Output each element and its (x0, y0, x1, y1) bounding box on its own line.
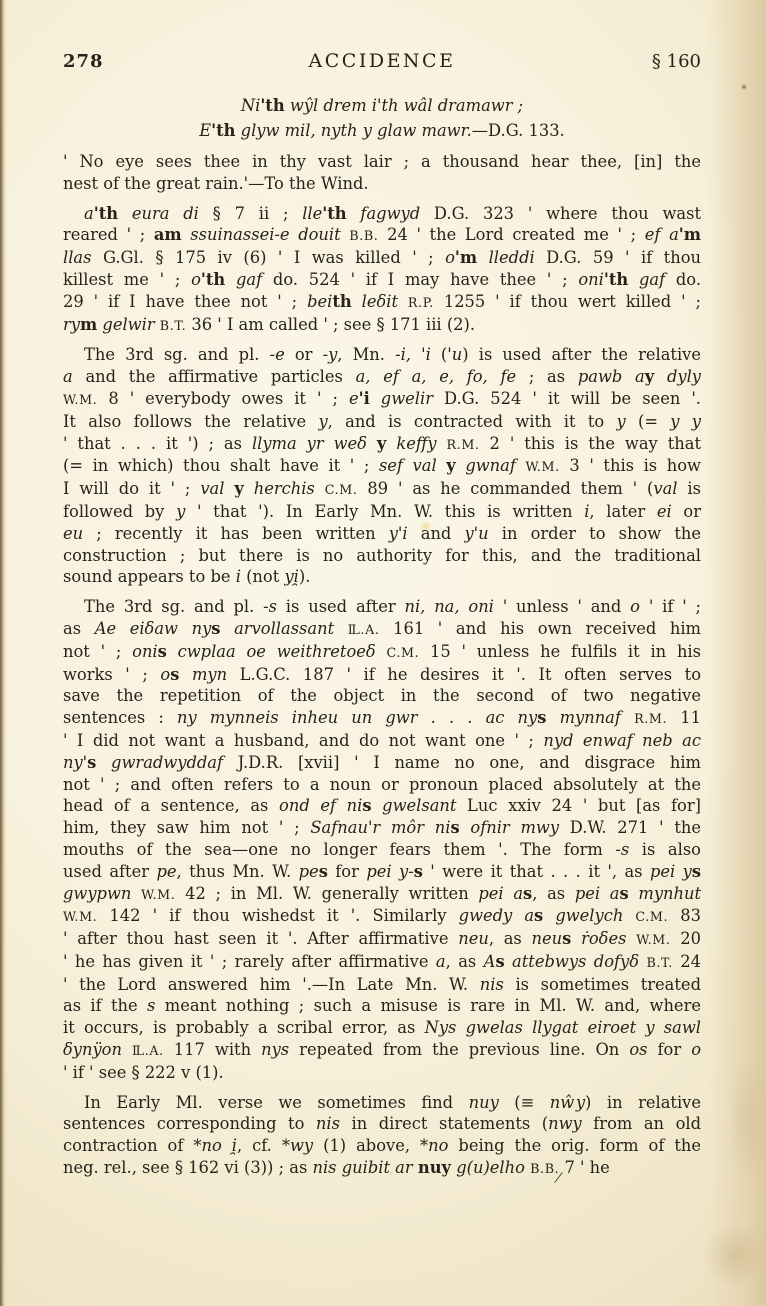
text-run: It also follows the relative (63, 412, 318, 431)
text-run: § 7 ii ; (199, 204, 302, 223)
text-run: 42 ; in Ml. W. generally written (175, 884, 478, 903)
text-run: y'i (389, 524, 408, 543)
text-run: killest me ' ; (63, 270, 191, 289)
text-line: him, they saw him not ' ; Safnau'r môr n… (63, 817, 701, 839)
text-run: y (377, 434, 386, 453)
text-run: is also (629, 840, 701, 859)
page-left-edge (0, 0, 7, 1306)
text-run: do. (665, 270, 701, 289)
paragraph-4: In Early Ml. verse we sometimes find nuy… (63, 1092, 701, 1180)
text-line: rym gelwir B.T. 36 ' I am called ' ; see… (63, 314, 701, 337)
text-run (456, 456, 466, 475)
text-run: W.M. (636, 932, 670, 947)
text-run: as if the (63, 996, 147, 1015)
text-run: and the affirmative particles (73, 367, 356, 386)
verse: Ni'th wŷl drem i'th wâl dramawr ;E'th gl… (63, 94, 701, 143)
text-run: ( (431, 345, 448, 364)
text-run: pei a (575, 884, 620, 903)
text-run: no i̯ (202, 1136, 237, 1155)
text-run: s (534, 906, 543, 925)
text-run: B.T. (646, 955, 672, 970)
text-run: R.M. (634, 711, 667, 726)
text-run: (1) above, * (313, 1136, 428, 1155)
text-run: 3 ' this is how (560, 456, 701, 475)
text-run: gwelych (555, 906, 623, 925)
text-line: head of a sentence, as ond ef nis gwelsa… (63, 795, 701, 817)
text-run: ' that . . . it ') ; as (63, 434, 252, 453)
text-run (341, 225, 350, 244)
text-run: for (328, 862, 366, 881)
text-run: arvollassant (234, 619, 334, 638)
text-run: (= in which) thou shalt have it ' ; (63, 456, 379, 475)
text-run: 142 ' if thou wishedst it '. Similarly (97, 906, 458, 925)
text-run: s (362, 796, 371, 815)
text-line: followed by y ' that '). In Early Mn. W.… (63, 501, 701, 523)
text-run: neu (458, 929, 489, 948)
text-run: used after (63, 862, 156, 881)
text-run: , cf. * (237, 1136, 290, 1155)
text-line: I will do it ' ; val y herchis C.M. 89 '… (63, 478, 701, 501)
text-line: it occurs, is probably a scribal error, … (63, 1017, 701, 1039)
text-run: as (63, 619, 95, 638)
text-run: 20 (671, 929, 701, 948)
text-run (626, 929, 636, 948)
text-run: gwelsant (382, 796, 456, 815)
text-run: J.D.R. [xvii] ' I name no one, and disgr… (223, 753, 701, 772)
text-run: s (692, 862, 701, 881)
running-title: ACCIDENCE (223, 50, 542, 72)
text-run: myn (192, 665, 227, 684)
text-run (96, 753, 111, 772)
text-run: a (63, 367, 73, 386)
text-run: sentences : (63, 708, 177, 727)
text-line: eu ; recently it has been written y'i an… (63, 523, 701, 545)
text-line: sentences corresponding to nis in direct… (63, 1113, 701, 1135)
text-run: 'th (201, 270, 225, 289)
text-run: The 3rd sg. and pl. (84, 597, 263, 616)
text-run (376, 642, 387, 661)
text-run: -i, 'i (395, 345, 431, 364)
text-run: ny' (63, 753, 87, 772)
text-run: a (84, 204, 94, 223)
text-run: (= (626, 412, 671, 431)
text-run: ṙoδes (581, 929, 626, 948)
text-run: ei (657, 502, 672, 521)
text-run: construction ; but there is no authority… (63, 546, 701, 565)
text-run: R.M. (447, 437, 480, 452)
text-line: ' if ' see § 222 v (1). (63, 1062, 701, 1084)
translation: ' No eye sees thee in thy vast lair ; a … (63, 151, 701, 195)
text-run: D.W. 271 ' the (559, 818, 701, 837)
text-run: W.M. (525, 459, 559, 474)
text-run: bei (307, 292, 332, 311)
text-run: gwedy a (459, 906, 534, 925)
text-run: s (562, 929, 571, 948)
text-run: , as (489, 929, 532, 948)
text-line: ' the Lord answered him '.—In Late Mn. W… (63, 974, 701, 996)
text-run: llas (63, 248, 91, 267)
text-run: not ' ; (63, 642, 132, 661)
text-run: and (408, 524, 465, 543)
text-run: ; as (516, 367, 578, 386)
text-run: W.M. (63, 392, 97, 407)
text-run: o (191, 270, 201, 289)
text-run: nwy (548, 1114, 582, 1133)
text-run: in direct statements ( (340, 1114, 548, 1133)
text-run (543, 906, 555, 925)
text-run: ef a (645, 225, 679, 244)
text-run: keffy (396, 434, 436, 453)
text-line: neg. rel., see § 162 vi (3)) ; as nis gu… (63, 1157, 701, 1180)
text-run: , Mn. (337, 345, 395, 364)
text-run: 15 ' unless he fulfils it in his (419, 642, 701, 661)
text-run: nuy (469, 1093, 499, 1112)
text-run: s (170, 665, 179, 684)
text-run: am (154, 225, 182, 244)
text-run: Safnau'r môr ni (310, 818, 450, 837)
text-run: R.P. (408, 295, 434, 310)
text-run: nys (261, 1040, 289, 1059)
text-line: llas G.Gl. § 175 iv (6) ' I was killed '… (63, 247, 701, 269)
text-run: nŵy (550, 1093, 585, 1112)
text-run: is (678, 479, 701, 498)
text-run: y (645, 367, 654, 386)
text-run: gaf (236, 270, 262, 289)
text-run: gwnaf (465, 456, 516, 475)
text-line: sentences : ny mynneis inheu un gwr . . … (63, 707, 701, 730)
text-run: 'th (211, 121, 235, 140)
text-run: , and is contracted with it to (328, 412, 617, 431)
text-run: E (199, 121, 211, 140)
text-run: herchis (254, 479, 315, 498)
text-run: it occurs, is probably a scribal error, … (63, 1018, 425, 1037)
text-run: m (80, 315, 97, 334)
text-run (244, 479, 254, 498)
text-line: used after pe, thus Mn. W. pes for pei y… (63, 861, 701, 883)
text-run (628, 270, 639, 289)
text-run: attebwys dofyδ (512, 952, 639, 971)
text-run: him, they saw him not ' ; (63, 818, 310, 837)
text-line: The 3rd sg. and pl. -s is used after ni,… (63, 596, 701, 618)
text-run: ond ef ni (279, 796, 362, 815)
text-run (623, 906, 635, 925)
text-run: a, ef a, e, fo, fe (356, 367, 517, 386)
scanned-book-page: 278 ACCIDENCE § 160 Ni'th wŷl drem i'th … (0, 0, 766, 1306)
text-run: gwypwn (63, 884, 131, 903)
text-run: val (653, 479, 677, 498)
text-run: fagwyd (360, 204, 420, 223)
text-run: is sometimes treated (504, 975, 701, 994)
text-line: save the repetition of the object in the… (63, 685, 701, 707)
text-run (621, 708, 634, 727)
text-run (477, 248, 488, 267)
text-run: , as (446, 952, 484, 971)
text-run: nis (316, 1114, 340, 1133)
text-run: s (158, 642, 167, 661)
text-run (367, 434, 377, 453)
text-run: sound appears to be (63, 567, 236, 586)
text-run: ) in relative (585, 1093, 701, 1112)
text-run (131, 884, 141, 903)
text-line: mouths of the sea—one no longer fears th… (63, 839, 701, 861)
text-run (220, 619, 234, 638)
text-run: nis guibit ar (312, 1158, 412, 1177)
text-line: ' No eye sees thee in thy vast lair ; a … (63, 151, 701, 173)
text-run: ' were it that . . . it ', as (423, 862, 650, 881)
text-run: sentences corresponding to (63, 1114, 316, 1133)
text-run: do. 524 ' if I may have thee ' ; (262, 270, 578, 289)
text-run: A (484, 952, 496, 971)
text-run: yi̯ (284, 567, 298, 586)
text-run: leδit (362, 292, 398, 311)
text-run: The 3rd sg. and pl. (84, 345, 270, 364)
text-run (118, 204, 132, 223)
text-run (437, 434, 447, 453)
text-run: s (495, 952, 504, 971)
text-run (629, 884, 639, 903)
text-run: pawb a (578, 367, 645, 386)
text-line: W.M. 8 ' everybody owes it ' ; e'i gweli… (63, 388, 701, 411)
text-line: not ' ; and often refers to a noun or pr… (63, 774, 701, 796)
text-run: Ni (241, 96, 260, 115)
text-run: e (349, 389, 359, 408)
text-line: W.M. 142 ' if thou wishedst it '. Simila… (63, 905, 701, 928)
text-run: 36 ' I am called ' ; see § 171 iii (2). (186, 315, 475, 334)
text-run (386, 434, 396, 453)
text-line: ' he has given it ' ; rarely after affir… (63, 951, 701, 974)
text-run: W.M. (141, 887, 175, 902)
text-run: B.T. (160, 318, 186, 333)
text-run: s (87, 753, 96, 772)
text-line: sound appears to be i (not yi̯). (63, 566, 701, 588)
text-line: contraction of *no i̯, cf. *wy (1) above… (63, 1135, 701, 1157)
text-run: G.Gl. § 175 iv (6) ' I was killed ' ; (91, 248, 445, 267)
text-run: L.G.C. 187 ' if he desires it '. It ofte… (227, 665, 701, 684)
text-run: pei y- (366, 862, 413, 881)
text-run: B.B. (530, 1161, 559, 1176)
text-run (352, 292, 362, 311)
text-run: C.M. (325, 482, 358, 497)
text-run: o (691, 1040, 701, 1059)
text-run (571, 929, 581, 948)
text-run: y (318, 412, 327, 431)
text-run: s (414, 862, 423, 881)
text-run: pe (156, 862, 176, 881)
text-run: oni (132, 642, 158, 661)
section-number: § 160 (542, 51, 702, 72)
text-column: Ni'th wŷl drem i'th wâl dramawr ;E'th gl… (63, 94, 701, 1180)
paragraph-1: a'th eura di § 7 ii ; lle'th fagwyd D.G.… (63, 203, 701, 337)
text-run: (not (241, 567, 285, 586)
text-run: Nys gwelas llygat eiroet y sawl (425, 1018, 701, 1037)
text-line: ny's gwradwyddaf J.D.R. [xvii] ' I name … (63, 752, 701, 774)
text-run: (≡ (499, 1093, 550, 1112)
text-line: as Ae eiδaw nys arvollassant Ỻ.A. 161 ' … (63, 618, 701, 641)
text-line: construction ; but there is no authority… (63, 545, 701, 567)
text-run: 161 ' and his own received him (379, 619, 701, 638)
text-line: reared ' ; am ssuinassei-e douit B.B. 24… (63, 224, 701, 247)
text-run (460, 818, 471, 837)
text-run: 'th (94, 204, 118, 223)
text-run: ' I did not want a husband, and do not w… (63, 731, 543, 750)
text-run: oni (578, 270, 604, 289)
text-run: a (436, 952, 446, 971)
text-run: s (523, 884, 532, 903)
text-run: gaf (639, 270, 665, 289)
text-run: ; recently it has been written (83, 524, 389, 543)
page-number: 278 (63, 51, 223, 72)
text-line: Ni'th wŷl drem i'th wâl dramawr ; (63, 94, 701, 119)
text-run: ssuinassei-e douit (190, 225, 340, 244)
text-run: llyma yr weδ (252, 434, 367, 453)
text-run: 83 (668, 906, 701, 925)
text-run: os (629, 1040, 647, 1059)
text-run: eura di (132, 204, 199, 223)
text-run: , as (532, 884, 575, 903)
text-run: 24 (673, 952, 701, 971)
text-run (182, 225, 191, 244)
text-run: cwplaa oe weithretoeδ (178, 642, 376, 661)
text-run: o (630, 597, 640, 616)
text-run: C.M. (387, 645, 420, 660)
text-run: neu (532, 929, 563, 948)
text-run: y y (670, 412, 701, 431)
text-line: ' I did not want a husband, and do not w… (63, 730, 701, 752)
text-run: B.B. (349, 228, 378, 243)
text-run: wy (290, 1136, 313, 1155)
text-run: Ỻ.A. (348, 622, 380, 637)
text-run: I will do it ' ; (63, 479, 200, 498)
text-run: ' unless ' and (494, 597, 630, 616)
text-run: C.M. (635, 909, 668, 924)
text-run (437, 456, 447, 475)
text-run: -e (270, 345, 285, 364)
text-run: ) is used after the relative (462, 345, 701, 364)
text-run: neg. rel., see § 162 vi (3)) ; as (63, 1158, 312, 1177)
text-run: nest of the great rain.'—To the Wind. (63, 174, 369, 193)
text-run (546, 708, 559, 727)
text-run: W.M. (63, 909, 97, 924)
text-run: works ' ; (63, 665, 160, 684)
text-run: for (648, 1040, 692, 1059)
text-run (334, 619, 348, 638)
text-run (224, 479, 234, 498)
text-run: , thus Mn. W. (177, 862, 299, 881)
text-line: nest of the great rain.'—To the Wind. (63, 173, 701, 195)
text-run: 'm (679, 225, 701, 244)
text-run: in order to show the (489, 524, 701, 543)
text-run: no (428, 1136, 448, 1155)
text-run: o (445, 248, 455, 267)
text-run (167, 642, 178, 661)
text-run: lleddi (489, 248, 535, 267)
text-run: being the orig. form of the (448, 1136, 701, 1155)
page-header: 278 ACCIDENCE § 160 (63, 50, 701, 72)
text-run: glyw mil, nyth y glaw mawr. (235, 121, 471, 140)
text-run: lle (302, 204, 322, 223)
text-line: It also follows the relative y, and is c… (63, 411, 701, 433)
text-run: g(u)elho (456, 1158, 525, 1177)
text-run: —D.G. 133. (472, 121, 565, 140)
text-run: o (160, 665, 170, 684)
text-run: gwradwyddaf (111, 753, 223, 772)
text-run: dyly (667, 367, 701, 386)
text-run (654, 367, 667, 386)
text-run: ' the Lord answered him '.—In Late Mn. W… (63, 975, 480, 994)
text-run: is used after (277, 597, 405, 616)
text-run: nis (480, 975, 504, 994)
text-run: 'th (604, 270, 628, 289)
paragraph-2: The 3rd sg. and pl. -e or -y, Mn. -i, 'i… (63, 344, 701, 588)
paragraph-3: The 3rd sg. and pl. -s is used after ni,… (63, 596, 701, 1084)
text-run: mynnaf (560, 708, 621, 727)
text-run: contraction of * (63, 1136, 202, 1155)
text-run: D.G. 323 ' where thou wast (420, 204, 701, 223)
text-run: or (672, 502, 701, 521)
text-run: 'u (447, 345, 462, 364)
text-run: In Early Ml. verse we sometimes find (84, 1093, 469, 1112)
text-run: y (176, 502, 185, 521)
text-run: ry (63, 315, 80, 334)
text-run: δynÿon (63, 1040, 122, 1059)
text-line: (= in which) thou shalt have it ' ; sef … (63, 455, 701, 478)
text-run: Ỻ.A. (132, 1043, 164, 1058)
text-run (347, 204, 361, 223)
text-run: ). (299, 567, 311, 586)
text-run: -s (615, 840, 629, 859)
text-run: ' No eye sees thee in thy vast lair ; a … (63, 152, 701, 171)
text-run: gelwir (102, 315, 154, 334)
text-run: 'm (455, 248, 477, 267)
text-run: mynhut (638, 884, 701, 903)
text-run (370, 389, 381, 408)
text-run: th (332, 292, 351, 311)
text-run: nyd enwaf neb ac (543, 731, 701, 750)
text-run: 7 ' he (559, 1158, 609, 1177)
text-run: 1255 ' if thou wert killed ' ; (434, 292, 701, 311)
text-run: ny mynneis inheu un gwr . . . ac ny (177, 708, 537, 727)
text-run: ' that '). In Early Mn. W. this is writt… (185, 502, 584, 521)
text-run: s (319, 862, 328, 881)
text-run: gwelir (381, 389, 433, 408)
text-run: followed by (63, 502, 176, 521)
text-run: s (620, 884, 629, 903)
text-run: 89 ' as he commanded them ' ( (357, 479, 653, 498)
text-line: ' that . . . it ') ; as llyma yr weδ y k… (63, 433, 701, 456)
text-run (225, 270, 236, 289)
text-run: Ae eiδaw ny (95, 619, 212, 638)
text-run: 2 ' this is the way that (480, 434, 701, 453)
text-line: as if the s meant nothing ; such a misus… (63, 995, 701, 1017)
text-run: not ' ; and often refers to a noun or pr… (63, 775, 701, 794)
text-run: -y (323, 345, 338, 364)
text-run: ofnir mwy (470, 818, 559, 837)
text-run: wŷl drem i'th wâl dramawr ; (285, 96, 524, 115)
text-run: save the repetition of the object in the… (63, 686, 701, 705)
text-line: killest me ' ; o'th gaf do. 524 ' if I m… (63, 269, 701, 291)
text-line: In Early Ml. verse we sometimes find nuy… (63, 1092, 701, 1114)
text-run: D.G. 524 ' it will be seen '. (433, 389, 701, 408)
text-run: ' after thou hast seen it '. After affir… (63, 929, 458, 948)
text-run: pei a (478, 884, 523, 903)
text-run (122, 1040, 132, 1059)
text-line: δynÿon Ỻ.A. 117 with nys repeated from t… (63, 1039, 701, 1062)
text-run: -s (263, 597, 277, 616)
text-line: 29 ' if I have thee not ' ; beith leδit … (63, 291, 701, 314)
text-run: sef val (379, 456, 437, 475)
text-run: y (616, 412, 625, 431)
text-line: E'th glyw mil, nyth y glaw mawr.—D.G. 13… (63, 119, 701, 144)
